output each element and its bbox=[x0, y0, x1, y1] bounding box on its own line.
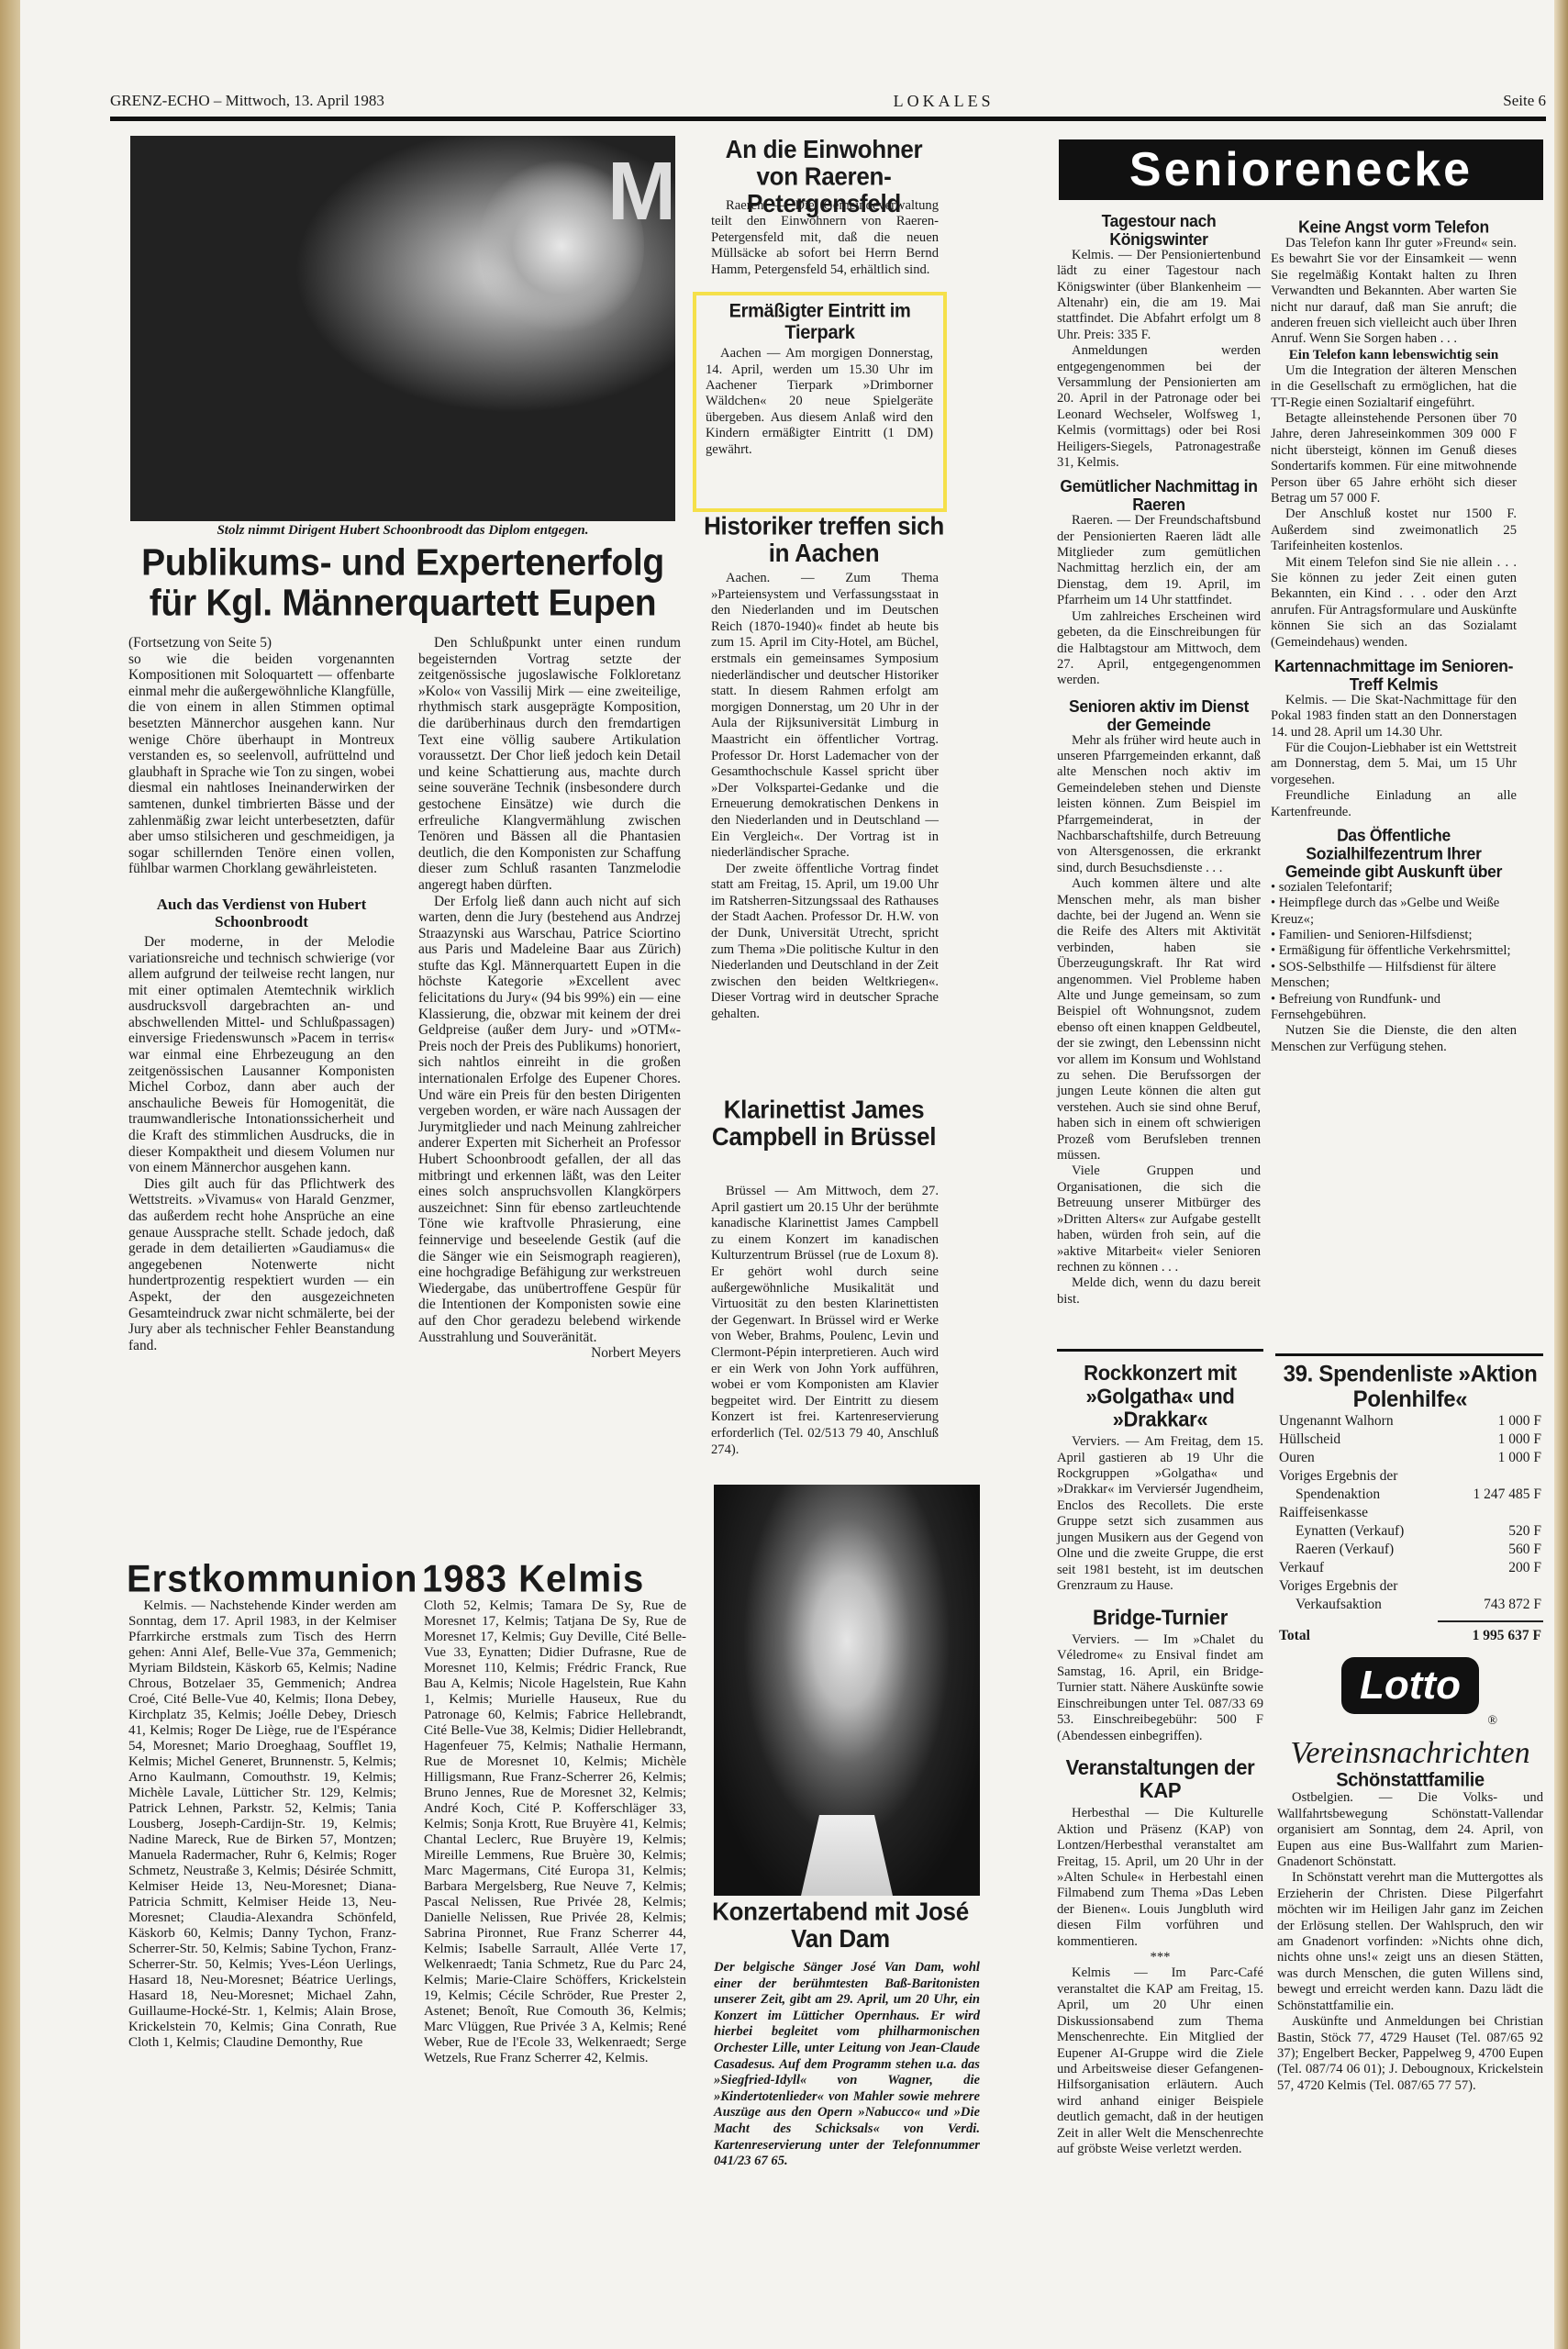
headline-tagestour: Tagestour nach Königswinter bbox=[1057, 212, 1261, 249]
donor-amount: 1 000 F bbox=[1450, 1413, 1541, 1430]
paragraph: Aachen. — Zum Thema »Parteiensystem und … bbox=[711, 571, 939, 862]
donor-label: Spendenaktion bbox=[1279, 1486, 1448, 1503]
total-rule bbox=[1438, 1620, 1543, 1622]
paragraph: Den Schlußpunkt unter einen rundum begei… bbox=[418, 635, 681, 894]
historiker-body: Aachen. — Zum Thema »Parteiensystem und … bbox=[711, 571, 939, 1023]
paragraph: Auskünfte und Anmeldungen bei Christian … bbox=[1277, 2014, 1543, 2094]
paragraph: Nutzen Sie die Dienste, die den alten Me… bbox=[1271, 1023, 1517, 1055]
donor-label: Ouren bbox=[1279, 1450, 1448, 1466]
paragraph: Kelmis. — Die Skat-Nachmittage für den P… bbox=[1271, 693, 1517, 740]
paragraph: Raeren. — Der Freundschaftsbund der Pens… bbox=[1057, 513, 1261, 608]
choir-column-2: Den Schlußpunkt unter einen rundum begei… bbox=[418, 635, 681, 1362]
paragraph: Um zahlreiches Erscheinen wird gebeten, … bbox=[1057, 609, 1261, 689]
vandam-body: Der belgische Sänger José Van Dam, wohl … bbox=[714, 1960, 980, 2170]
subheading-telefon: Ein Telefon kann lebenswichtig sein bbox=[1271, 348, 1517, 363]
table-row: Verkaufsaktion743 872 F bbox=[1279, 1597, 1541, 1613]
paragraph: Herbesthal — Die Kulturelle Aktion und P… bbox=[1057, 1806, 1263, 1950]
paragraph: Der belgische Sänger José Van Dam, wohl … bbox=[714, 1960, 980, 2170]
section-rule bbox=[1057, 1349, 1263, 1352]
total-value: 1 995 637 F bbox=[1362, 1628, 1541, 1644]
list-item: • Befreiung von Rundfunk- und Fernsehgeb… bbox=[1271, 992, 1517, 1024]
separator-stars: *** bbox=[1057, 1950, 1263, 1965]
page-binding-edge bbox=[0, 0, 20, 2349]
paragraph: Verviers. — Am Freitag, dem 15. April ga… bbox=[1057, 1434, 1263, 1594]
paragraph: so wie die beiden vorgenannten Kompositi… bbox=[128, 651, 395, 877]
masthead-date: GRENZ-ECHO – Mittwoch, 13. April 1983 bbox=[110, 92, 384, 110]
paragraph: Betagte alleinstehende Personen über 70 … bbox=[1271, 411, 1517, 507]
header-rule bbox=[110, 117, 1546, 121]
donor-label: Voriges Ergebnis der bbox=[1279, 1468, 1448, 1485]
spendenliste: 39. Spendenliste »Aktion Polenhilfe« Ung… bbox=[1277, 1364, 1543, 2094]
communion-column-1: Kelmis. — Nachstehende Kinder werden am … bbox=[128, 1598, 396, 2051]
lotto-logo: Lotto bbox=[1341, 1657, 1479, 1714]
page-right-edge bbox=[1554, 0, 1568, 2349]
donor-label: Hüllscheid bbox=[1279, 1431, 1448, 1448]
headline-kartennachmittage: Kartennachmittage im Senioren-Treff Kelm… bbox=[1271, 657, 1517, 694]
seniorenecke-banner: Seniorenecke bbox=[1059, 139, 1543, 200]
headline-bridge: Bridge-Turnier bbox=[1057, 1607, 1263, 1630]
headline-communion-left: Erstkommunion bbox=[127, 1559, 417, 1600]
donor-amount: 520 F bbox=[1450, 1523, 1541, 1540]
photo-jose-van-dam bbox=[714, 1485, 980, 1896]
list-item: • SOS-Selbsthilfe — Hilfsdienst für älte… bbox=[1271, 960, 1517, 992]
paragraph: Um die Integration der älteren Menschen … bbox=[1271, 363, 1517, 411]
headline-choir: Publikums- und Expertenerfolg für Kgl. M… bbox=[125, 543, 681, 624]
table-row: Raiffeisenkasse bbox=[1279, 1505, 1541, 1521]
paragraph: Brüssel — Am Mittwoch, dem 27. April gas… bbox=[711, 1184, 939, 1458]
donor-amount bbox=[1450, 1468, 1541, 1485]
headline-sozialhilfezentrum: Das Öffentliche Sozialhilfezentrum Ihrer… bbox=[1271, 827, 1517, 882]
paragraph: Raeren — Die Gemeindeverwaltung teilt de… bbox=[711, 198, 939, 278]
paragraph: Aachen — Am morgigen Donnerstag, 14. Apr… bbox=[706, 346, 933, 458]
paragraph: Kelmis. — Der Pensioniertenbund lädt zu … bbox=[1057, 248, 1261, 343]
highlight-box-tierpark: Ermäßigter Eintritt im Tierpark Aachen —… bbox=[693, 292, 947, 512]
donor-label: Verkaufsaktion bbox=[1279, 1597, 1448, 1613]
donor-label: Verkauf bbox=[1279, 1560, 1448, 1576]
headline-tierpark: Ermäßigter Eintritt im Tierpark bbox=[696, 302, 943, 343]
paragraph: Mit einem Telefon sind Sie nie allein . … bbox=[1271, 555, 1517, 651]
photo-conductor-diploma: M bbox=[130, 136, 675, 521]
list-item: • sozialen Telefontarif; bbox=[1271, 880, 1517, 896]
photo-caption: Stolz nimmt Dirigent Hubert Schoonbroodt… bbox=[130, 523, 675, 539]
campbell-body: Brüssel — Am Mittwoch, dem 27. April gas… bbox=[711, 1184, 939, 1458]
paragraph: Kelmis. — Nachstehende Kinder werden am … bbox=[128, 1598, 396, 2051]
paragraph: Verviers. — Im »Chalet du Véledrome« zu … bbox=[1057, 1632, 1263, 1744]
donor-label: Voriges Ergebnis der bbox=[1279, 1578, 1448, 1595]
table-row: Raeren (Verkauf)560 F bbox=[1279, 1542, 1541, 1558]
events-column: Rockkonzert mit »Golgatha« und »Drakkar«… bbox=[1057, 1364, 1263, 2157]
donor-amount: 1 000 F bbox=[1450, 1450, 1541, 1466]
donor-amount bbox=[1450, 1578, 1541, 1595]
headline-campbell: Klarinettist James Campbell in Brüssel bbox=[703, 1097, 945, 1151]
paragraph: Kelmis — Im Parc-Café veranstaltet die K… bbox=[1057, 1965, 1263, 2157]
registered-mark: ® bbox=[1277, 1714, 1497, 1729]
donation-total: Total 1 995 637 F bbox=[1277, 1626, 1543, 1646]
paragraph: Der zweite öffentliche Vortrag findet st… bbox=[711, 862, 939, 1023]
paragraph: Auch kommen ältere und alte Menschen meh… bbox=[1057, 876, 1261, 1163]
donor-label: Eynatten (Verkauf) bbox=[1279, 1523, 1448, 1540]
list-item: • Ermäßigung für öffentliche Verkehrsmit… bbox=[1271, 943, 1517, 959]
senior-column-left: Tagestour nach Königswinter Kelmis. — De… bbox=[1057, 213, 1261, 1308]
donor-amount: 1 247 485 F bbox=[1450, 1486, 1541, 1503]
heading-vereinsnachrichten: Vereinsnachrichten bbox=[1277, 1736, 1543, 1771]
paragraph: Cloth 52, Kelmis; Tamara De Sy, Rue de M… bbox=[424, 1598, 686, 2066]
paragraph: Der Erfolg ließ dann auch nicht auf sich… bbox=[418, 894, 681, 1346]
sozial-services-list: • sozialen Telefontarif; • Heimpflege du… bbox=[1271, 880, 1517, 1024]
paragraph: Dies gilt auch für das Pflichtwerk des W… bbox=[128, 1176, 395, 1354]
paragraph: Für die Coujon-Liebhaber ist ein Wettstr… bbox=[1271, 740, 1517, 788]
headline-kap: Veranstaltungen der KAP bbox=[1057, 1756, 1263, 1802]
tierpark-body: Aachen — Am morgigen Donnerstag, 14. Apr… bbox=[706, 346, 933, 458]
donor-label: Ungenannt Walhorn bbox=[1279, 1413, 1448, 1430]
choir-column-1: (Fortsetzung von Seite 5) so wie die bei… bbox=[128, 635, 395, 1353]
table-row: Voriges Ergebnis der bbox=[1279, 1468, 1541, 1485]
list-item: • Familien- und Senioren-Hilfsdienst; bbox=[1271, 928, 1517, 943]
headline-historiker: Historiker treffen sich in Aachen bbox=[703, 513, 945, 567]
paragraph: Viele Gruppen und Organisationen, die si… bbox=[1057, 1163, 1261, 1275]
donor-label: Raeren (Verkauf) bbox=[1279, 1542, 1448, 1558]
subheading: Auch das Verdienst von Hubert Schoonbroo… bbox=[128, 896, 395, 930]
headline-nachmittag: Gemütlicher Nachmittag in Raeren bbox=[1057, 478, 1261, 515]
headline-senioren-aktiv: Senioren aktiv im Dienst der Gemeinde bbox=[1057, 697, 1261, 734]
paragraph: Mehr als früher wird heute auch in unser… bbox=[1057, 733, 1261, 877]
author-byline: Norbert Meyers bbox=[418, 1345, 681, 1362]
headline-communion-right: 1983 Kelmis bbox=[422, 1559, 644, 1600]
section-title: LOKALES bbox=[894, 92, 995, 111]
headline-telefon: Keine Angst vorm Telefon bbox=[1271, 218, 1517, 237]
donor-amount: 200 F bbox=[1450, 1560, 1541, 1576]
headline-rockkonzert: Rockkonzert mit »Golgatha« und »Drakkar« bbox=[1057, 1362, 1263, 1431]
paragraph: Der Anschluß kostet nur 1500 F. Außerdem… bbox=[1271, 507, 1517, 554]
table-row: Ouren1 000 F bbox=[1279, 1450, 1541, 1466]
donor-label: Raiffeisenkasse bbox=[1279, 1505, 1448, 1521]
page-header: GRENZ-ECHO – Mittwoch, 13. April 1983 LO… bbox=[110, 90, 1546, 112]
paragraph: Melde dich, wenn du dazu bereit bist. bbox=[1057, 1275, 1261, 1308]
raeren-body: Raeren — Die Gemeindeverwaltung teilt de… bbox=[711, 198, 939, 278]
schoenstatt-body: Ostbelgien. — Die Volks- und Wallfahrtsb… bbox=[1277, 1790, 1543, 2094]
senior-column-right: Keine Angst vorm Telefon Das Telefon kan… bbox=[1271, 213, 1517, 1055]
page-number: Seite 6 bbox=[1503, 92, 1546, 110]
headline-vandam: Konzertabend mit José Van Dam bbox=[703, 1898, 978, 1953]
photo-backdrop-letters: M bbox=[607, 145, 675, 239]
donor-amount: 560 F bbox=[1450, 1542, 1541, 1558]
headline-schoenstattfamilie: Schönstattfamilie bbox=[1277, 1770, 1543, 1791]
table-row: Hüllscheid1 000 F bbox=[1279, 1431, 1541, 1448]
section-rule bbox=[1275, 1353, 1543, 1356]
total-label: Total bbox=[1279, 1628, 1360, 1644]
donation-table: Ungenannt Walhorn1 000 FHüllscheid1 000 … bbox=[1277, 1411, 1543, 1615]
donor-amount: 743 872 F bbox=[1450, 1597, 1541, 1613]
continued-note: (Fortsetzung von Seite 5) bbox=[128, 635, 395, 651]
paragraph: Das Telefon kann Ihr guter »Freund« sein… bbox=[1271, 236, 1517, 348]
list-item: • Heimpflege durch das »Gelbe und Weiße … bbox=[1271, 896, 1517, 928]
table-row: Verkauf200 F bbox=[1279, 1560, 1541, 1576]
donor-amount: 1 000 F bbox=[1450, 1431, 1541, 1448]
table-row: Spendenaktion1 247 485 F bbox=[1279, 1486, 1541, 1503]
donor-amount bbox=[1450, 1505, 1541, 1521]
paragraph: Ostbelgien. — Die Volks- und Wallfahrtsb… bbox=[1277, 1790, 1543, 1870]
paragraph: Der moderne, in der Melodie variationsre… bbox=[128, 934, 395, 1176]
photo-shirt-front bbox=[801, 1815, 893, 1896]
table-row: Eynatten (Verkauf)520 F bbox=[1279, 1523, 1541, 1540]
paragraph: Anmeldungen werden entgegengenommen bei … bbox=[1057, 343, 1261, 471]
paragraph: Freundliche Einladung an alle Kartenfreu… bbox=[1271, 788, 1517, 820]
headline-spendenliste: 39. Spendenliste »Aktion Polenhilfe« bbox=[1277, 1363, 1543, 1412]
communion-column-2: Cloth 52, Kelmis; Tamara De Sy, Rue de M… bbox=[424, 1598, 686, 2066]
table-row: Ungenannt Walhorn1 000 F bbox=[1279, 1413, 1541, 1430]
paragraph: In Schönstatt verehrt man die Muttergott… bbox=[1277, 1870, 1543, 2014]
table-row: Voriges Ergebnis der bbox=[1279, 1578, 1541, 1595]
